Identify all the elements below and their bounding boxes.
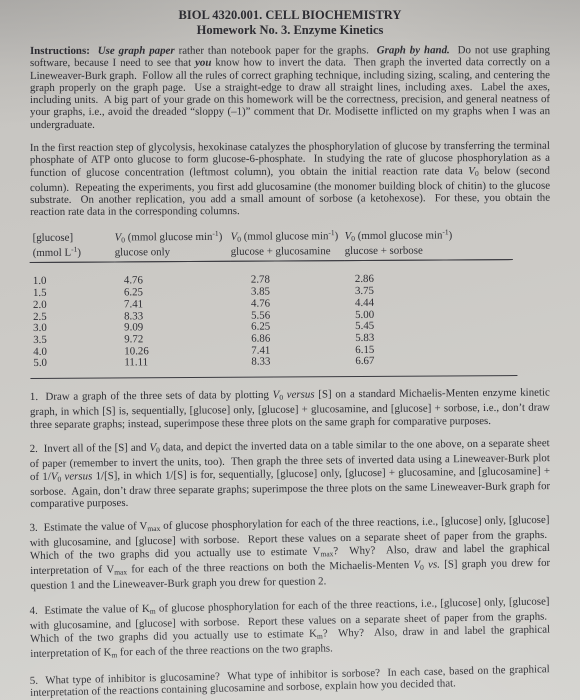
table-cell: 6.25 (115, 287, 231, 299)
table-header-cell: [glucose](mmol L-1) (30, 228, 115, 262)
document-content: BIOL 4320.001. CELL BIOCHEMISTRY Homewor… (30, 8, 550, 700)
table-header-cell: V0 (mmol glucose min-1)glucose only (115, 228, 231, 263)
header-line-2: glucose + sorbose (345, 244, 513, 257)
table-cell: 4.44 (345, 297, 513, 310)
text-segment: max (320, 549, 333, 558)
question-5: 5. What type of inhibitor is glucosamine… (30, 663, 550, 699)
table-header-cell: V0 (mmol glucose min-1)glucose + glucosa… (231, 227, 345, 262)
text-segment: max (147, 524, 160, 533)
table-cell: 6.67 (345, 355, 513, 368)
table-cell: 3.5 (30, 334, 115, 346)
text-segment: max (114, 568, 127, 577)
table-header-row: [glucose](mmol L-1)V0 (mmol glucose min-… (30, 226, 513, 263)
question-1: 1. Draw a graph of the three sets of dat… (30, 386, 550, 430)
homework-title: Homework No. 3. Enzyme Kinetics (30, 23, 550, 38)
text-segment: ) (219, 231, 223, 243)
table-header-cell: V0 (mmol glucose min-1)glucose + sorbose (345, 226, 513, 261)
text-segment: 5. What type of inhibitor is glucosamine… (30, 663, 550, 699)
header-line-1: V0 (mmol glucose min-1) (115, 228, 231, 247)
table-cell: 5.83 (345, 332, 513, 345)
background-paragraph: In the first reaction step of glycolysis… (30, 140, 550, 219)
text-segment: (mmol glucose min (125, 231, 212, 244)
text-segment: rather than notebook paper for the graph… (175, 44, 377, 56)
text-segment: ) (335, 230, 339, 242)
text-segment: glucose only (115, 246, 170, 258)
table-row: 1.04.762.782.86 (30, 260, 513, 288)
text-segment: 3. Estimate the value of V (29, 520, 147, 534)
table-cell: 5.56 (231, 309, 345, 321)
table-cell: 2.0 (30, 299, 115, 311)
text-segment: glucose + sorbose (345, 245, 423, 257)
course-title: BIOL 4320.001. CELL BIOCHEMISTRY (30, 8, 550, 23)
text-segment: versus (287, 388, 315, 400)
text-segment: versus (64, 470, 92, 482)
table-cell: 3.85 (231, 286, 345, 298)
table-bottom-rule (30, 375, 517, 379)
table-cell: 1.0 (30, 262, 115, 288)
table-cell: 5.0 (30, 358, 115, 370)
text-segment: you (195, 57, 211, 69)
header-line-2: (mmol L-1) (33, 244, 115, 260)
table-cell: 1.5 (30, 287, 115, 299)
text-segment: [glucose] (33, 232, 74, 244)
table-body: 1.04.762.782.861.56.253.853.752.07.414.7… (30, 260, 514, 370)
table-cell: 6.86 (231, 333, 345, 345)
table-header: [glucose](mmol L-1)V0 (mmol glucose min-… (30, 226, 513, 263)
text-segment: 1/[S], in which 1/[S] is for, sequential… (30, 464, 550, 509)
kinetics-data-table: [glucose](mmol L-1)V0 (mmol glucose min-… (30, 226, 514, 370)
text-segment: Graph by hand. (377, 44, 450, 56)
instructions-paragraph: Instructions: Use graph paper rather tha… (30, 44, 550, 131)
text-segment: 1. Draw a graph of the three sets of dat… (30, 389, 273, 403)
header-line-1: V0 (mmol glucose min-1) (231, 227, 345, 246)
header-line-1: [glucose] (33, 231, 115, 244)
header-line-2: glucose + glucosamine (231, 245, 345, 258)
text-segment: for each of the three reactions on both … (127, 559, 414, 575)
table-cell: 7.41 (231, 345, 345, 357)
text-segment: (mmol glucose min (355, 229, 442, 242)
table-cell: 7.41 (115, 298, 231, 310)
text-segment: for each of the three reactions on the t… (117, 642, 333, 658)
text-segment: vs. (428, 559, 440, 571)
text-segment: 4. Estimate the value of K (29, 603, 149, 617)
text-segment: (mmol L (33, 247, 71, 259)
table-cell: 2.78 (231, 261, 345, 287)
question-2: 2. Invert all of the [S] and V0 data, an… (30, 437, 551, 510)
table-cell: 4.76 (231, 298, 345, 310)
table-cell: 4.76 (115, 262, 231, 288)
table-cell: 6.25 (231, 321, 345, 333)
table-cell: 3.75 (345, 285, 513, 298)
text-segment: ) (77, 247, 81, 259)
question-3: 3. Estimate the value of Vmax of glucose… (29, 514, 550, 593)
text-segment: 2. Invert all of the [S] and (30, 441, 150, 454)
text-segment: Use graph paper (98, 45, 175, 57)
table-cell: 11.11 (115, 357, 231, 369)
header-line-1: V0 (mmol glucose min-1) (345, 226, 513, 245)
table-row: 5.011.118.336.67 (30, 355, 513, 370)
text-segment: Instructions: (30, 45, 98, 57)
header-line-2: glucose only (115, 246, 231, 259)
text-segment: (mmol glucose min (241, 230, 328, 243)
text-segment: ) (449, 229, 453, 241)
scanned-homework-page: BIOL 4320.001. CELL BIOCHEMISTRY Homewor… (0, 0, 580, 700)
text-segment: glucose + glucosamine (231, 245, 331, 258)
kinetics-table-section: [glucose](mmol L-1)V0 (mmol glucose min-… (30, 226, 518, 379)
table-cell: 2.86 (345, 260, 513, 286)
table-cell: 8.33 (231, 356, 345, 368)
table-cell: 9.72 (115, 334, 231, 346)
question-4: 4. Estimate the value of Km of glucose p… (29, 595, 550, 663)
